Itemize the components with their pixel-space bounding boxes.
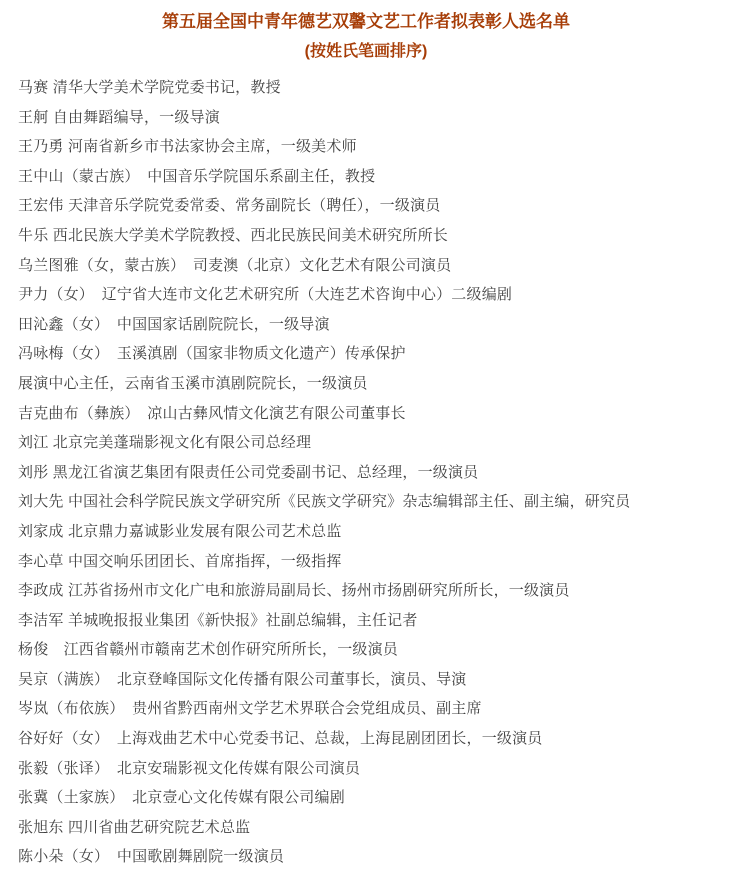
honoree-line: 刘彤 黑龙江省演艺集团有限责任公司党委副书记、总经理，一级演员	[18, 458, 714, 488]
honoree-line: 马赛 清华大学美术学院党委书记，教授	[18, 73, 714, 103]
honoree-line: 李政成 江苏省扬州市文化广电和旅游局副局长、扬州市扬剧研究所所长，一级演员	[18, 576, 714, 606]
honoree-line: 李洁军 羊城晚报报业集团《新快报》社副总编辑，主任记者	[18, 606, 714, 636]
honoree-line: 吉克曲布（彝族） 凉山古彝风情文化演艺有限公司董事长	[18, 399, 714, 429]
honoree-line: 张毅（张译） 北京安瑞影视文化传媒有限公司演员	[18, 754, 714, 784]
honoree-line: 岑岚（布依族） 贵州省黔西南州文学艺术界联合会党组成员、副主席	[18, 694, 714, 724]
honoree-line: 张旭东 四川省曲艺研究院艺术总监	[18, 813, 714, 843]
honoree-line: 刘大先 中国社会科学院民族文学研究所《民族文学研究》杂志编辑部主任、副主编，研究…	[18, 487, 714, 517]
honoree-line: 王宏伟 天津音乐学院党委常委、常务副院长（聘任），一级演员	[18, 191, 714, 221]
honoree-line: 张冀（土家族） 北京壹心文化传媒有限公司编剧	[18, 783, 714, 813]
honoree-line: 吴京（满族） 北京登峰国际文化传播有限公司董事长，演员、导演	[18, 665, 714, 695]
honoree-line: 冯咏梅（女） 玉溪滇剧（国家非物质文化遗产）传承保护	[18, 339, 714, 369]
honoree-line: 王舸 自由舞蹈编导，一级导演	[18, 103, 714, 133]
honoree-line: 展演中心主任，云南省玉溪市滇剧院院长，一级演员	[18, 369, 714, 399]
honoree-line: 刘江 北京完美蓬瑞影视文化有限公司总经理	[18, 428, 714, 458]
honoree-line: 牛乐 西北民族大学美术学院教授、西北民族民间美术研究所所长	[18, 221, 714, 251]
honoree-line: 陈小朵（女） 中国歌剧舞剧院一级演员	[18, 842, 714, 872]
document-page: 第五届全国中青年德艺双馨文艺工作者拟表彰人选名单 (按姓氏笔画排序) 马赛 清华…	[0, 0, 732, 878]
honoree-line: 刘家成 北京鼎力嘉诚影业发展有限公司艺术总监	[18, 517, 714, 547]
honoree-line: 田沁鑫（女） 中国国家话剧院院长，一级导演	[18, 310, 714, 340]
document-title: 第五届全国中青年德艺双馨文艺工作者拟表彰人选名单	[18, 7, 714, 37]
honoree-line: 王中山（蒙古族） 中国音乐学院国乐系副主任，教授	[18, 162, 714, 192]
honoree-line: 王乃勇 河南省新乡市书法家协会主席，一级美术师	[18, 132, 714, 162]
honoree-line: 乌兰图雅（女，蒙古族） 司麦澳（北京）文化艺术有限公司演员	[18, 251, 714, 281]
document-subtitle: (按姓氏笔画排序)	[18, 37, 714, 67]
honoree-line: 尹力（女） 辽宁省大连市文化艺术研究所（大连艺术咨询中心）二级编剧	[18, 280, 714, 310]
honoree-line: 谷好好（女） 上海戏曲艺术中心党委书记、总裁，上海昆剧团团长，一级演员	[18, 724, 714, 754]
honoree-list: 马赛 清华大学美术学院党委书记，教授 王舸 自由舞蹈编导，一级导演 王乃勇 河南…	[18, 73, 714, 872]
honoree-line: 李心草 中国交响乐团团长、首席指挥，一级指挥	[18, 547, 714, 577]
honoree-line: 杨俊 江西省赣州市赣南艺术创作研究所所长，一级演员	[18, 635, 714, 665]
